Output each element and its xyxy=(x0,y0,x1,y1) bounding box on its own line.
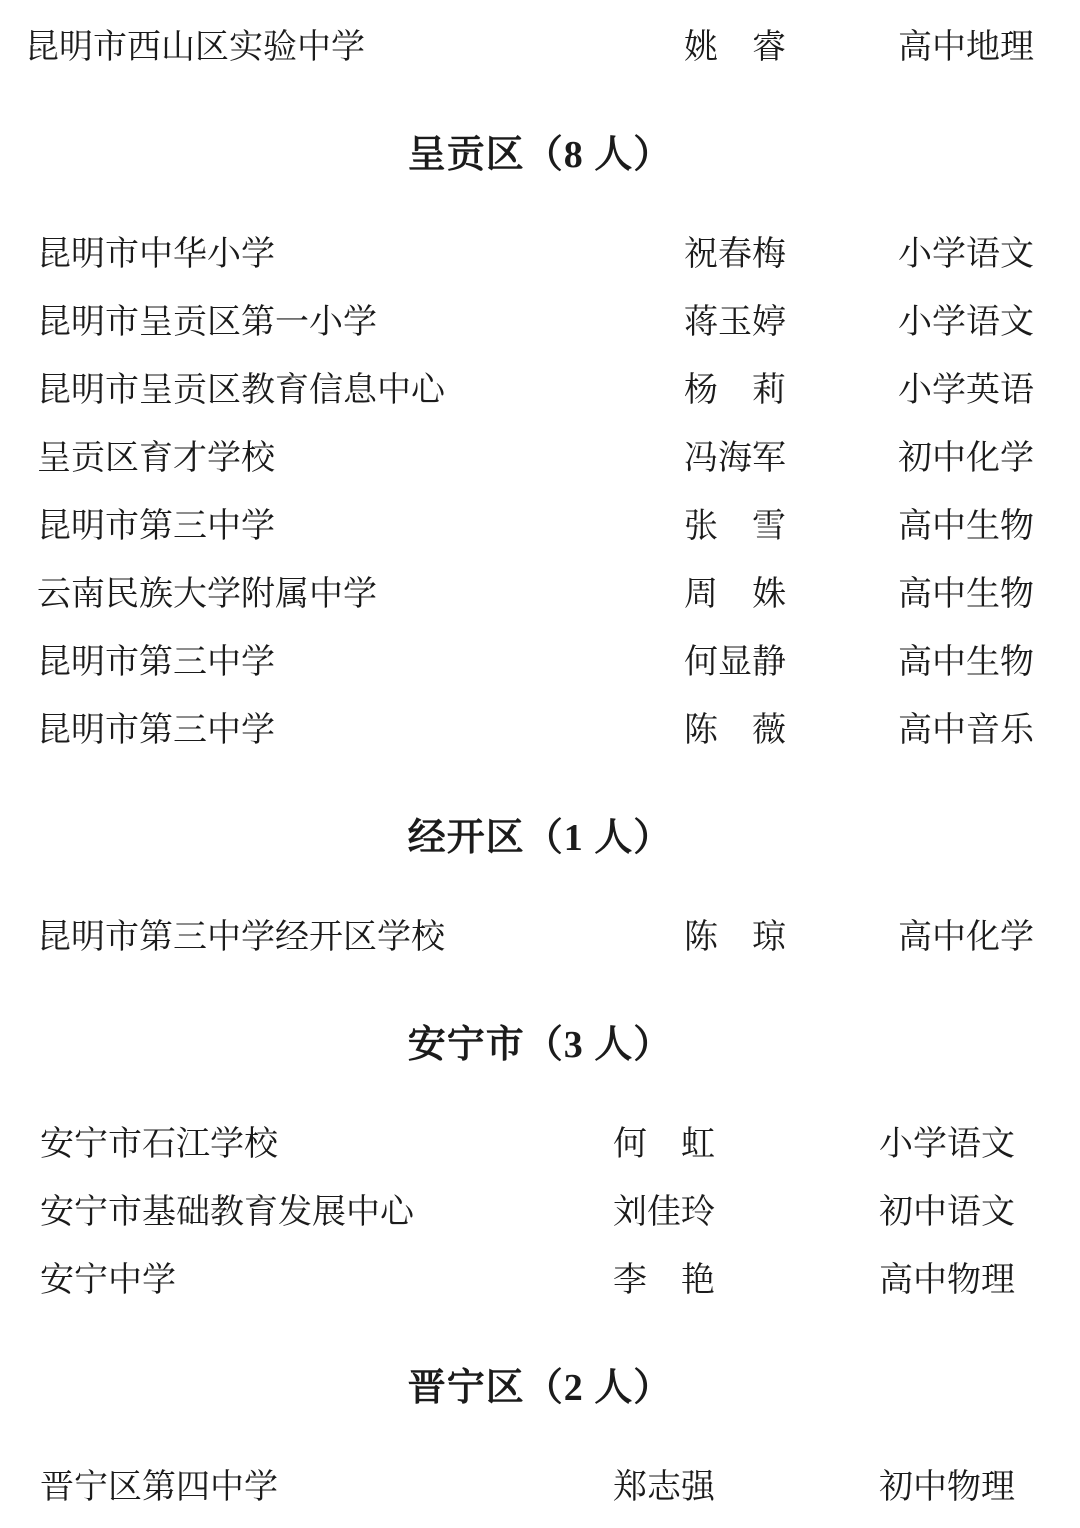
subject-label: 初中语文 xyxy=(879,1195,1015,1230)
roster-row: 昆明市西山区实验中学 姚 睿 高中地理 xyxy=(0,30,1080,65)
teacher-name: 李 艳 xyxy=(613,1263,715,1298)
roster-row: 呈贡区育才学校 冯海军 初中化学 xyxy=(0,441,1080,476)
school-name: 安宁中学 xyxy=(40,1263,176,1298)
school-name: 晋宁区第四中学 xyxy=(40,1470,278,1505)
document-body: 昆明市西山区实验中学 姚 睿 高中地理 呈贡区（8 人） 昆明市中华小学 祝春梅… xyxy=(0,30,1080,1505)
subject-label: 初中物理 xyxy=(879,1470,1015,1505)
section-header: 经开区（1 人） xyxy=(0,818,1080,858)
roster-row: 昆明市第三中学 张 雪 高中生物 xyxy=(0,509,1080,544)
school-name: 昆明市中华小学 xyxy=(37,237,275,272)
school-name: 昆明市第三中学经开区学校 xyxy=(37,920,445,955)
school-name: 云南民族大学附属中学 xyxy=(37,577,377,612)
subject-label: 小学语文 xyxy=(898,237,1034,272)
roster-row: 晋宁区第四中学 郑志强 初中物理 xyxy=(0,1470,1080,1505)
subject-label: 高中生物 xyxy=(898,577,1034,612)
document-page: 昆明市西山区实验中学 姚 睿 高中地理 呈贡区（8 人） 昆明市中华小学 祝春梅… xyxy=(0,0,1080,1528)
subject-label: 高中地理 xyxy=(898,30,1034,65)
teacher-name: 何显静 xyxy=(684,645,786,680)
roster-row: 昆明市第三中学 陈 薇 高中音乐 xyxy=(0,713,1080,748)
subject-label: 初中化学 xyxy=(898,441,1034,476)
school-name: 安宁市基础教育发展中心 xyxy=(40,1195,414,1230)
roster-row: 昆明市呈贡区教育信息中心 杨 莉 小学英语 xyxy=(0,373,1080,408)
section-header: 呈贡区（8 人） xyxy=(0,135,1080,175)
teacher-name: 杨 莉 xyxy=(684,373,786,408)
teacher-name: 姚 睿 xyxy=(684,30,786,65)
subject-label: 高中化学 xyxy=(898,920,1034,955)
teacher-name: 蒋玉婷 xyxy=(684,305,786,340)
roster-row: 昆明市中华小学 祝春梅 小学语文 xyxy=(0,237,1080,272)
teacher-name: 郑志强 xyxy=(613,1470,715,1505)
school-name: 昆明市第三中学 xyxy=(37,713,275,748)
school-name: 呈贡区育才学校 xyxy=(37,441,275,476)
roster-row: 昆明市呈贡区第一小学 蒋玉婷 小学语文 xyxy=(0,305,1080,340)
school-name: 昆明市西山区实验中学 xyxy=(25,30,365,65)
school-name: 昆明市第三中学 xyxy=(37,509,275,544)
roster-row: 安宁中学 李 艳 高中物理 xyxy=(0,1263,1080,1298)
school-name: 安宁市石江学校 xyxy=(40,1127,278,1162)
subject-label: 高中生物 xyxy=(898,509,1034,544)
roster-row: 安宁市石江学校 何 虹 小学语文 xyxy=(0,1127,1080,1162)
teacher-name: 冯海军 xyxy=(684,441,786,476)
subject-label: 高中物理 xyxy=(879,1263,1015,1298)
teacher-name: 张 雪 xyxy=(684,509,786,544)
roster-row: 昆明市第三中学经开区学校 陈 琼 高中化学 xyxy=(0,920,1080,955)
teacher-name: 祝春梅 xyxy=(684,237,786,272)
subject-label: 小学英语 xyxy=(898,373,1034,408)
subject-label: 小学语文 xyxy=(898,305,1034,340)
teacher-name: 刘佳玲 xyxy=(613,1195,715,1230)
section-header: 晋宁区（2 人） xyxy=(0,1368,1080,1408)
roster-row: 云南民族大学附属中学 周 姝 高中生物 xyxy=(0,577,1080,612)
teacher-name: 陈 琼 xyxy=(684,920,786,955)
teacher-name: 陈 薇 xyxy=(684,713,786,748)
teacher-name: 周 姝 xyxy=(684,577,786,612)
roster-row: 昆明市第三中学 何显静 高中生物 xyxy=(0,645,1080,680)
school-name: 昆明市第三中学 xyxy=(37,645,275,680)
section-header: 安宁市（3 人） xyxy=(0,1025,1080,1065)
subject-label: 高中生物 xyxy=(898,645,1034,680)
subject-label: 高中音乐 xyxy=(898,713,1034,748)
school-name: 昆明市呈贡区教育信息中心 xyxy=(37,373,445,408)
teacher-name: 何 虹 xyxy=(613,1127,715,1162)
roster-row: 安宁市基础教育发展中心 刘佳玲 初中语文 xyxy=(0,1195,1080,1230)
subject-label: 小学语文 xyxy=(879,1127,1015,1162)
school-name: 昆明市呈贡区第一小学 xyxy=(37,305,377,340)
